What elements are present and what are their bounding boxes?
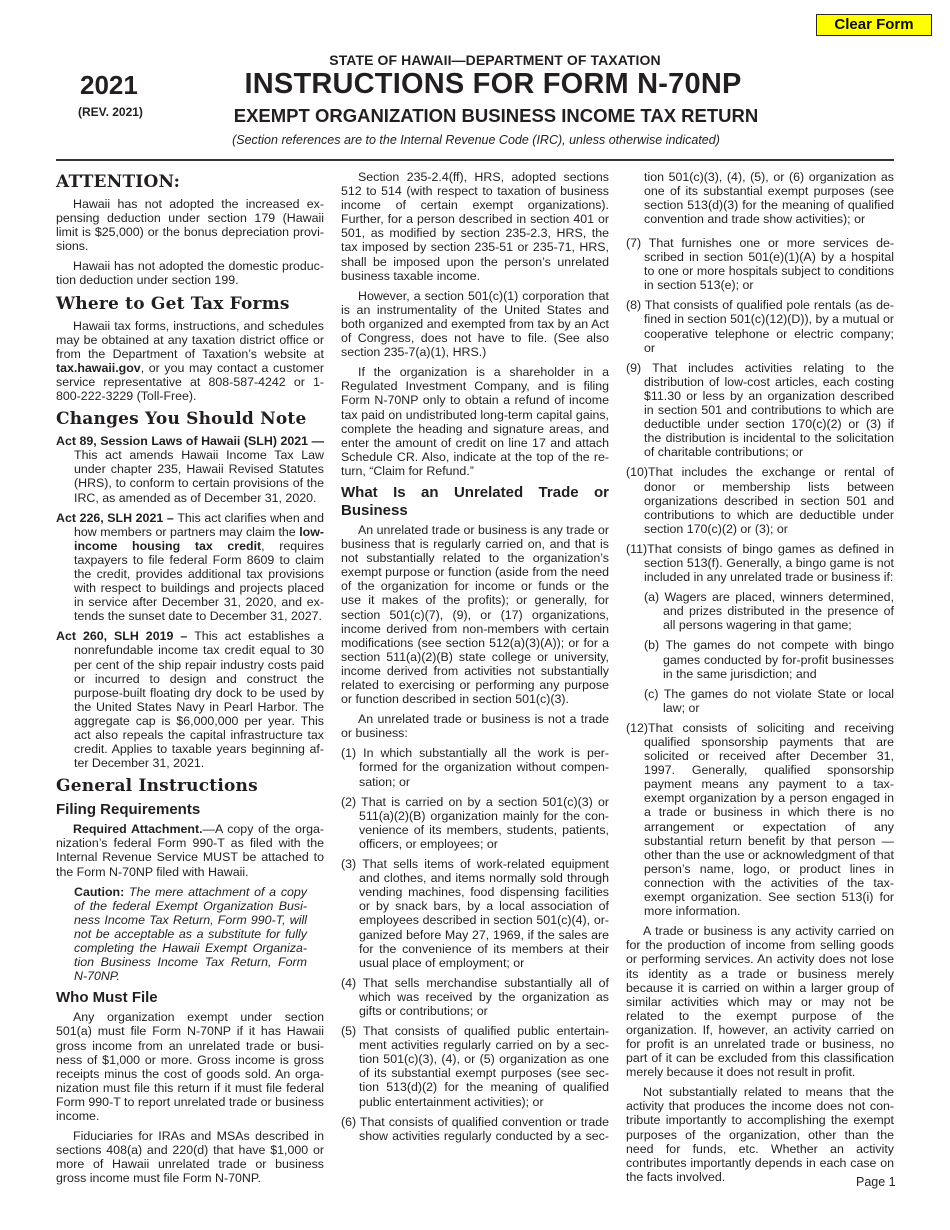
act-260-text: This act establishes a nonrefundable inc… — [74, 629, 324, 770]
bingo-condition-b: (b) The games do not compete with bingo … — [644, 638, 894, 680]
where-to-get-paragraph: Hawaii tax forms, instructions, and sche… — [56, 319, 324, 404]
item-text: That furnishes one or more services de­s… — [644, 236, 894, 292]
item-number: (3) — [341, 857, 356, 871]
exclusion-item-3: (3) That sells items of work-related equ… — [341, 857, 609, 970]
attention-heading: ATTENTION: — [56, 172, 324, 192]
item-letter: (b) — [644, 638, 659, 652]
who-must-file-heading: Who Must File — [56, 989, 324, 1007]
exclusion-item-7: (7) That furnishes one or more services … — [626, 236, 894, 292]
caution-label: Caution: — [74, 885, 124, 899]
item-text: That consists of qualified convention or… — [644, 170, 894, 226]
exclusion-item-1: (1) In which substantially all the work … — [341, 746, 609, 788]
column-2: Section 235-2.4(ff), HRS, adopted sectio… — [341, 170, 609, 1149]
bingo-condition-c: (c) The games do not violate State or lo… — [644, 687, 894, 715]
act-89-text: This act amends Hawaii Income Tax Law un… — [74, 448, 324, 504]
item-text: That is carried on by a section 501(c)(3… — [359, 795, 609, 851]
item-number: (9) — [626, 361, 641, 375]
clear-form-button[interactable]: Clear Form — [816, 14, 932, 36]
general-instructions-heading: General Instructions — [56, 776, 324, 796]
item-number: (2) — [341, 795, 356, 809]
caution-note: Caution: The mere attachment of a copy o… — [56, 885, 324, 984]
where-to-get-heading: Where to Get Tax Forms — [56, 294, 324, 314]
item-number: (8) — [626, 298, 641, 312]
required-attachment-label: Required Attachment. — [73, 822, 203, 836]
who-must-file-paragraph-4: However, a section 501(c)(1) corporation… — [341, 289, 609, 359]
exclusion-item-11: (11)That consists of bingo games as defi… — [626, 542, 894, 584]
changes-heading: Changes You Should Note — [56, 409, 324, 429]
page-title: INSTRUCTIONS FOR FORM N-70NP — [0, 68, 950, 101]
attention-paragraph-2: Hawaii has not adopted the domestic prod… — [56, 259, 324, 287]
caution-text: The mere attachment of a copy of the fed… — [74, 885, 307, 984]
act-89-title: Act 89, Session Laws of Hawaii (SLH) 202… — [56, 434, 308, 448]
item-number: (5) — [341, 1024, 356, 1038]
exclusion-item-10: (10)That includes the exchange or rental… — [626, 465, 894, 535]
item-number: (4) — [341, 976, 356, 990]
who-must-file-paragraph-3: Section 235-2.4(ff), HRS, adopted sectio… — [341, 170, 609, 283]
item-number: (12) — [626, 721, 648, 735]
who-must-file-paragraph-1: Any organization exempt under section 50… — [56, 1010, 324, 1123]
required-attachment-paragraph: Required Attachment.—A copy of the orga­… — [56, 822, 324, 878]
attention-paragraph-1: Hawaii has not adopted the increased ex­… — [56, 197, 324, 253]
item-text: That consists of bingo games as defined … — [644, 542, 894, 584]
item-text: That consists of qualified convention or… — [359, 1115, 609, 1143]
exclusion-item-8: (8) That consists of qualified pole rent… — [626, 298, 894, 354]
act-226-title: Act 226, SLH 2021 — [56, 511, 163, 525]
act-260-dash: – — [173, 629, 194, 643]
unrelated-trade-heading: What Is an Unrelated Trade or Business — [341, 484, 609, 520]
section-reference-note: (Section references are to the Internal … — [0, 133, 950, 147]
item-text: The games do not violate State or local … — [663, 687, 894, 715]
exclusion-item-6-continued: (6) That consists of qualified conventio… — [626, 170, 894, 230]
item-text: That consists of soliciting and receivin… — [644, 721, 894, 918]
bingo-condition-a: (a) Wagers are placed, winners determine… — [644, 590, 894, 632]
item-text: That sells merchandise substantially all… — [359, 976, 609, 1018]
trade-or-business-paragraph: A trade or business is any activity carr… — [626, 924, 894, 1079]
item-text: In which substantially all the work is p… — [359, 746, 609, 788]
act-226-dash: – — [163, 511, 177, 525]
who-must-file-paragraph-5: If the organization is a shareholder in … — [341, 365, 609, 478]
item-6-overflow: (6) That consists of qualified conventio… — [644, 170, 894, 227]
exclusion-item-2: (2) That is carried on by a section 501(… — [341, 795, 609, 851]
exclusion-item-12: (12)That consists of soliciting and rece… — [626, 721, 894, 918]
header-divider — [56, 159, 894, 161]
act-226-item: Act 226, SLH 2021 – This act clarifies w… — [56, 511, 324, 624]
act-89-dash: — — [308, 434, 324, 448]
item-letter: (a) — [644, 590, 659, 604]
exclusion-item-6: (6) That consists of qualified conventio… — [341, 1115, 609, 1143]
who-must-file-paragraph-2: Fiduciaries for IRAs and MSAs described … — [56, 1129, 324, 1185]
column-1: ATTENTION: Hawaii has not adopted the in… — [56, 170, 324, 1191]
act-260-item: Act 260, SLH 2019 – This act establishes… — [56, 629, 324, 770]
where-text-1: Hawaii tax forms, instructions, and sche… — [56, 319, 324, 361]
unrelated-paragraph-1: An unrelated trade or business is any tr… — [341, 523, 609, 706]
exclusion-item-9: (9) That includes activities relating to… — [626, 361, 894, 460]
filing-requirements-heading: Filing Requirements — [56, 801, 324, 819]
page-number: Page 1 — [856, 1175, 896, 1189]
item-text: That consists of qualified public entert… — [359, 1024, 609, 1108]
not-substantially-related-paragraph: Not substantially related to means that … — [626, 1085, 894, 1184]
item-text: That includes activities relating to the… — [644, 361, 894, 460]
act-260-title: Act 260, SLH 2019 — [56, 629, 173, 643]
agency-name: STATE OF HAWAII—DEPARTMENT OF TAXATION — [0, 52, 950, 68]
tax-website-link[interactable]: tax.hawaii.gov — [56, 361, 141, 375]
page-subtitle: EXEMPT ORGANIZATION BUSINESS INCOME TAX … — [0, 105, 950, 127]
exclusion-item-5: (5) That consists of qualified public en… — [341, 1024, 609, 1109]
item-text: The games do not compete with bingo game… — [663, 638, 894, 680]
item-text: That consists of qualified pole rentals … — [644, 298, 894, 354]
item-text: That includes the exchange or rental of … — [644, 465, 894, 535]
item-number: (7) — [626, 236, 641, 250]
item-letter: (c) — [644, 687, 658, 701]
exclusion-item-4: (4) That sells merchandise substantially… — [341, 976, 609, 1018]
act-89-item: Act 89, Session Laws of Hawaii (SLH) 202… — [56, 434, 324, 504]
column-3: (6) That consists of qualified conventio… — [626, 170, 894, 1190]
item-number: (6) — [341, 1115, 356, 1129]
item-number: (10) — [626, 465, 648, 479]
item-text: Wagers are placed, winners determined, a… — [663, 590, 894, 632]
item-text: That sells items of work-related equipme… — [359, 857, 609, 970]
unrelated-paragraph-2: An unrelated trade or business is not a … — [341, 712, 609, 740]
item-number: (11) — [626, 542, 647, 556]
item-number: (1) — [341, 746, 356, 760]
